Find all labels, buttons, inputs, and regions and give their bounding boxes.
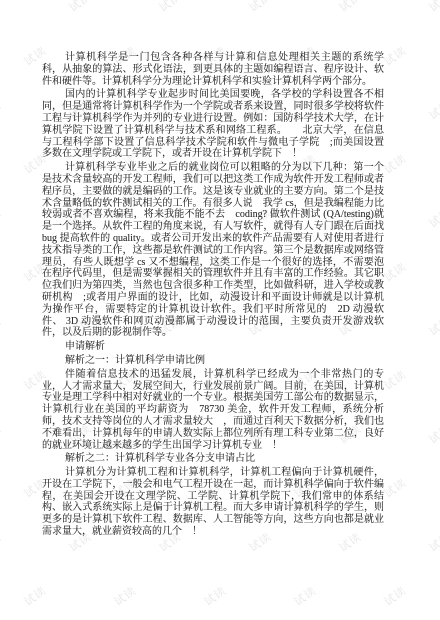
- watermark-text: 试读: [0, 421, 4, 448]
- watermark-text: 试读: [0, 97, 4, 124]
- watermark-text: 试读: [246, 0, 275, 15]
- section-heading-analysis-two: 解析之二：计算机科学专业各分支申请占比: [42, 453, 384, 465]
- watermark-text: 试读: [381, 151, 410, 178]
- watermark-text: 试读: [426, 97, 440, 124]
- watermark-text: 试读: [0, 529, 4, 556]
- watermark-text: 试读: [426, 205, 440, 232]
- watermark-text: 试读: [426, 421, 440, 448]
- text-column: 计算机科学是一门包含各种各样与计算和信息处理相关主题的系统学科，从抽象的算法、形…: [42, 52, 384, 540]
- watermark-text: 试读: [381, 583, 410, 610]
- watermark-text: 试读: [291, 583, 320, 610]
- watermark-text: 试读: [336, 0, 365, 15]
- watermark-text: 试读: [381, 259, 410, 286]
- paragraph-application-ratio: 伴随着信息技术的迅猛发展，计算机科学已经成为一个非常热门的专业，人才需求量大，发…: [42, 369, 384, 452]
- section-heading-application-analysis: 申请解析: [42, 341, 384, 353]
- watermark-text: 试读: [111, 583, 140, 610]
- watermark-text: 试读: [201, 583, 230, 610]
- watermark-text: 试读: [66, 0, 95, 15]
- document-page: 试读试读试读试读试读试读试读试读试读试读试读试读试读试读试读试读试读试读试读试读…: [0, 0, 440, 620]
- watermark-text: 试读: [426, 529, 440, 556]
- watermark-text: 试读: [0, 313, 4, 340]
- watermark-text: 试读: [381, 475, 410, 502]
- watermark-text: 试读: [381, 43, 410, 70]
- watermark-text: 试读: [426, 313, 440, 340]
- watermark-text: 试读: [156, 0, 185, 15]
- paragraph-domestic-setup: 国内的计算机科学专业起步时间比美国要晚，各学校的学科设置各不相同，但是通常将计算…: [42, 89, 384, 160]
- watermark-text: 试读: [0, 0, 4, 15]
- paragraph-career-paths: 计算机科学专业毕业之后的就业岗位可以粗略的分为以下几种：第一个是技术含量较高的开…: [42, 162, 384, 339]
- watermark-text: 试读: [381, 367, 410, 394]
- watermark-text: 试读: [426, 0, 440, 15]
- section-heading-analysis-one: 解析之一：计算机科学申请比例: [42, 355, 384, 367]
- paragraph-branch-ratio: 计算机分为计算机工程和计算机科学，计算机工程偏向于计算机硬件，开设在工学院下，一…: [42, 467, 384, 538]
- watermark-text: 试读: [21, 583, 50, 610]
- paragraph-intro: 计算机科学是一门包含各种各样与计算和信息处理相关主题的系统学科，从抽象的算法、形…: [42, 52, 384, 87]
- watermark-text: 试读: [0, 205, 4, 232]
